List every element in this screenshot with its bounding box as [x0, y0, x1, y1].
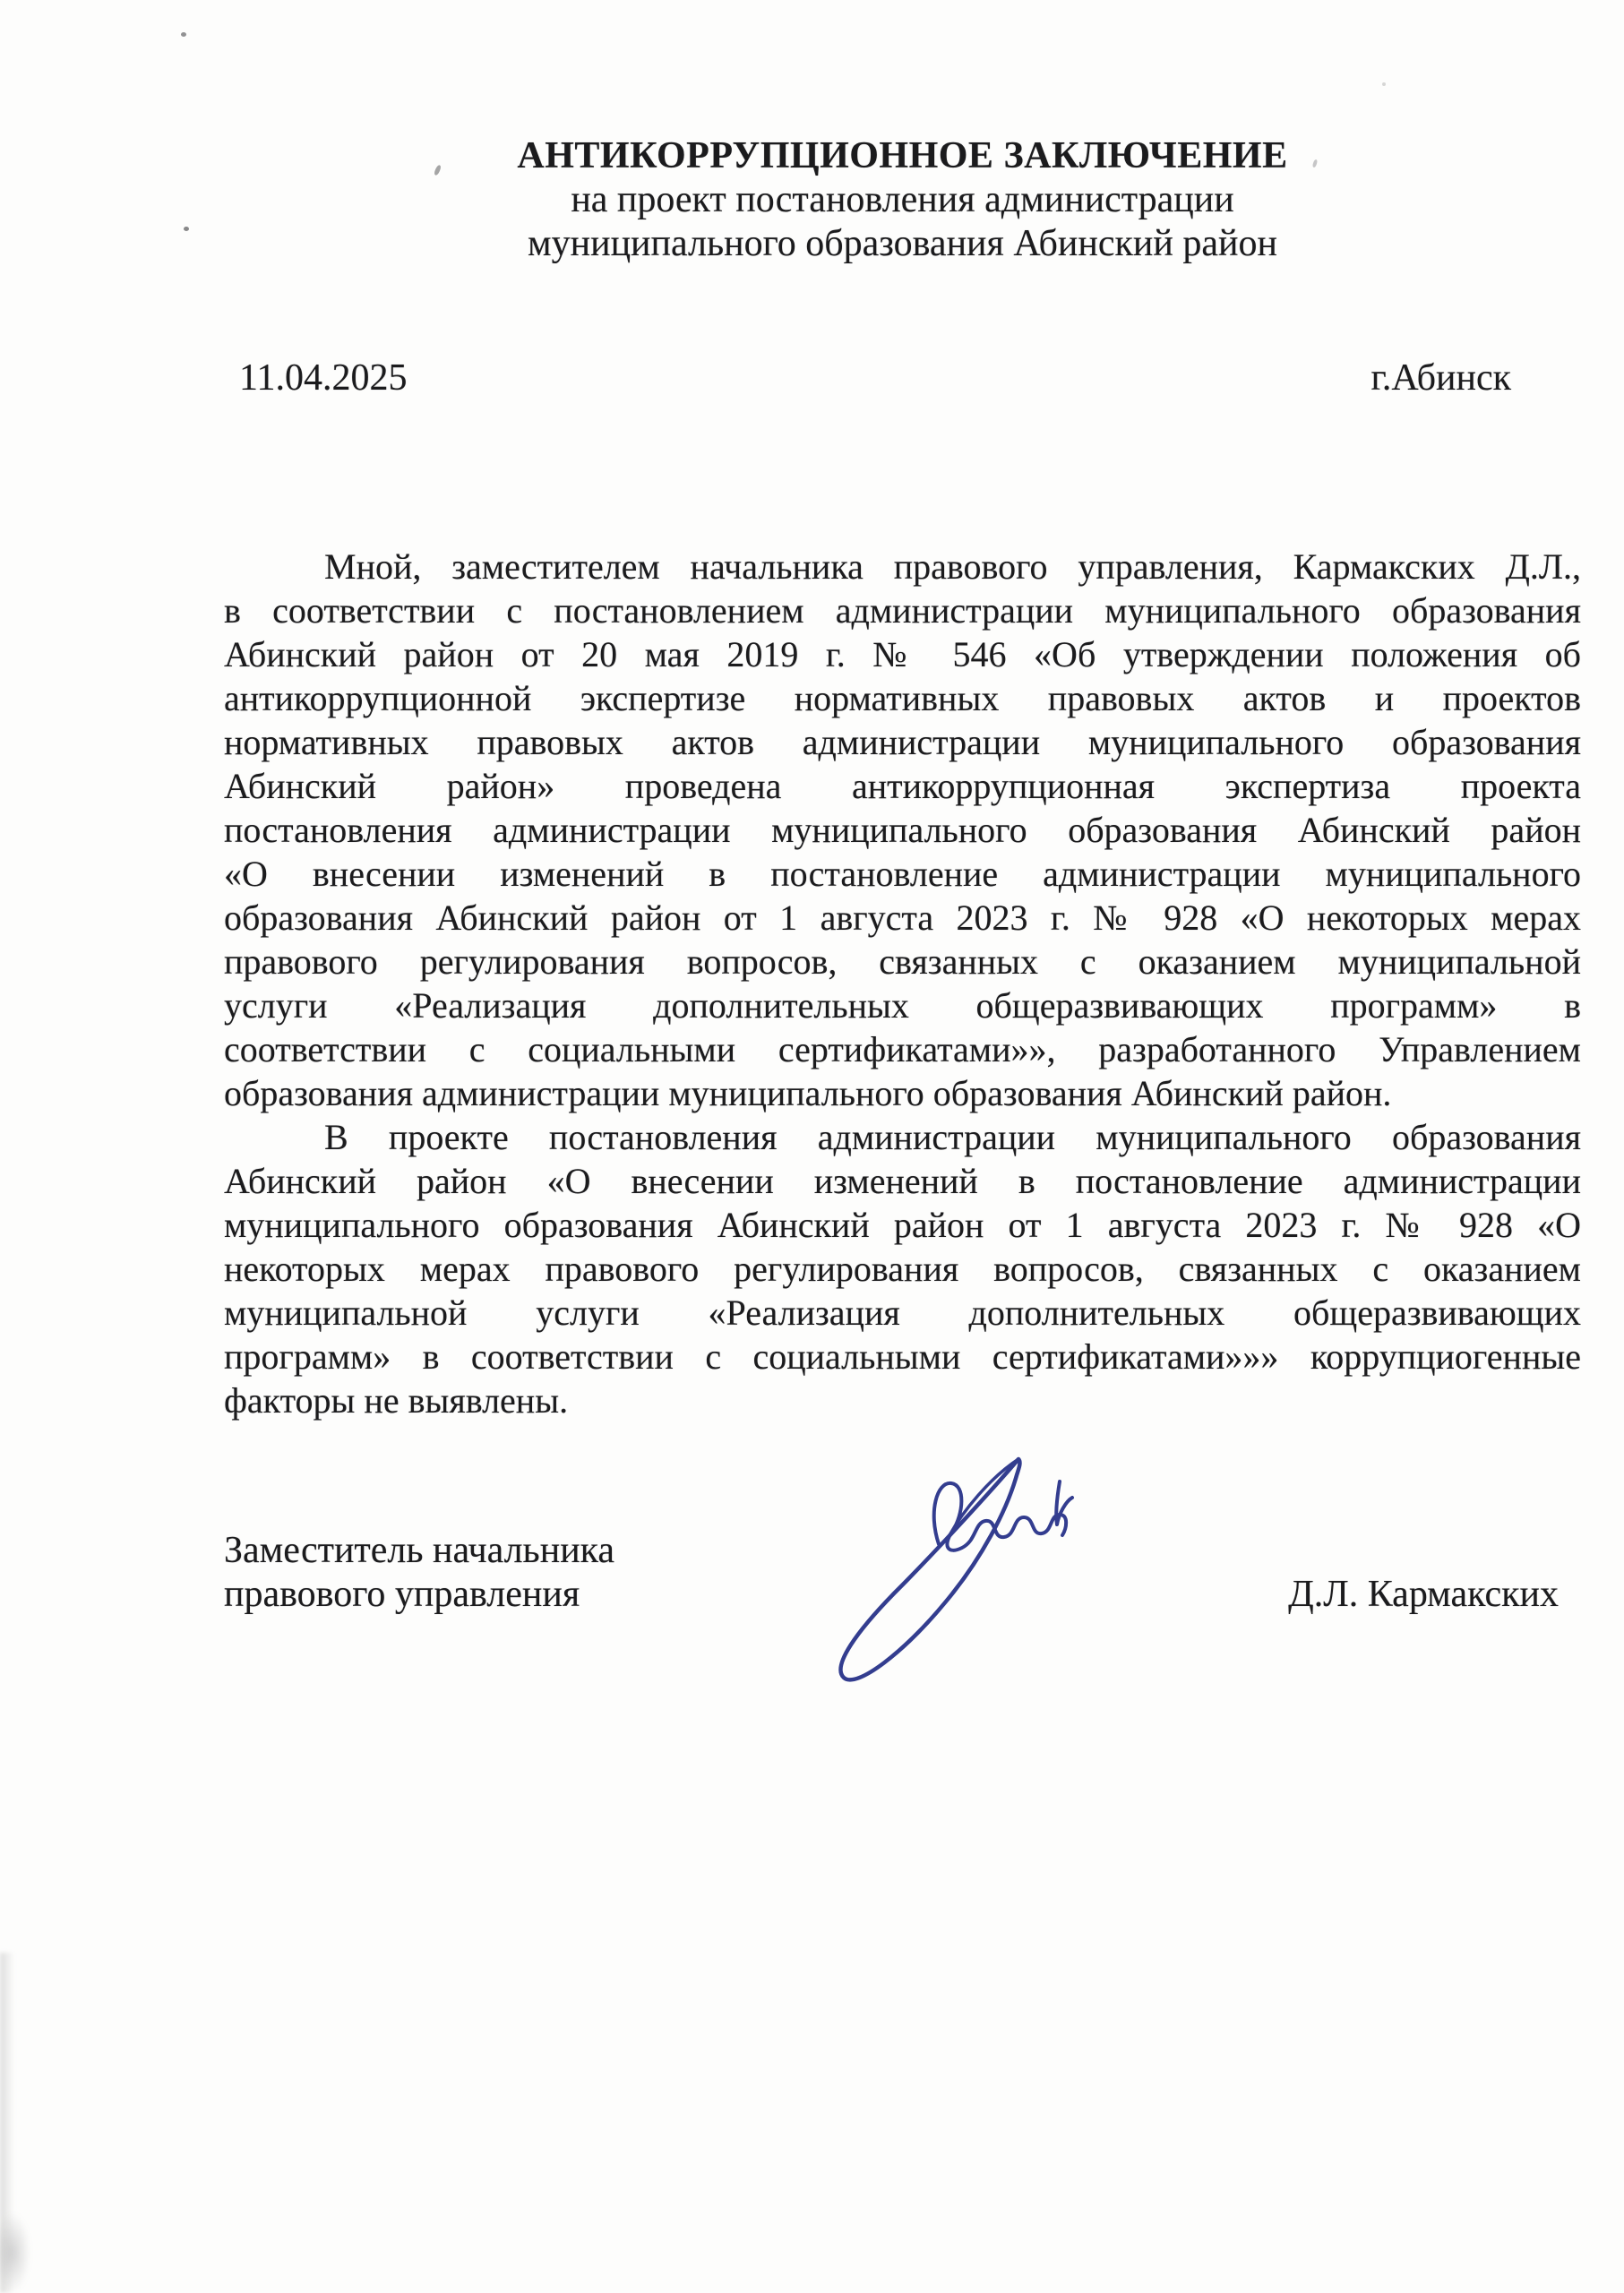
scan-artifact-speck	[184, 227, 189, 231]
document-title: АНТИКОРРУПЦИОННОЕ ЗАКЛЮЧЕНИЕ	[224, 134, 1581, 178]
document-subtitle-line-2: муниципального образования Абинский райо…	[224, 222, 1581, 266]
signature-hook-stroke	[1056, 1481, 1072, 1524]
document-body: Мной, заместителем начальника правового …	[224, 545, 1581, 1422]
scan-artifact-speck	[1382, 82, 1386, 86]
body-line: Абинский район «О внесении изменений в п…	[224, 1159, 1581, 1203]
signatory-role-row-1: Заместитель начальника	[224, 1529, 1581, 1573]
scan-corner-smudge	[0, 2212, 30, 2293]
body-line-last: образования администрации муниципального…	[224, 1071, 1581, 1115]
body-line: образования Абинский район от 1 августа …	[224, 896, 1581, 940]
document-city: г.Абинск	[1371, 356, 1511, 400]
body-line: Мной, заместителем начальника правового …	[224, 545, 1581, 588]
body-line: муниципального образования Абинский райо…	[224, 1203, 1581, 1247]
body-line: правового регулирования вопросов, связан…	[224, 940, 1581, 983]
signatory-role-line-2: правового управления	[224, 1574, 580, 1615]
body-line: муниципальной услуги «Реализация дополни…	[224, 1291, 1581, 1335]
signature-block: Заместитель начальника правового управле…	[224, 1529, 1581, 1617]
scan-artifact-speck	[181, 32, 186, 37]
body-line: «О внесении изменений в постановление ад…	[224, 852, 1581, 896]
body-line: в соответствии с постановлением админист…	[224, 588, 1581, 632]
document-heading: АНТИКОРРУПЦИОННОЕ ЗАКЛЮЧЕНИЕ на проект п…	[224, 134, 1581, 266]
body-line: нормативных правовых актов администрации…	[224, 720, 1581, 764]
signatory-role-row-2: правового управления Д.Л. Кармакских	[224, 1573, 1581, 1617]
signatory-role-line-1: Заместитель начальника	[224, 1530, 614, 1571]
document-date: 11.04.2025	[239, 356, 407, 400]
body-line: постановления администрации муниципально…	[224, 808, 1581, 852]
body-line: соответствии с социальными сертификатами…	[224, 1027, 1581, 1071]
body-line: услуги «Реализация дополнительных общера…	[224, 983, 1581, 1027]
body-line: Абинский район» проведена антикоррупцион…	[224, 764, 1581, 808]
body-line: Абинский район от 20 мая 2019 г. № 546 «…	[224, 632, 1581, 676]
body-line: программ» в соответствии с социальными с…	[224, 1335, 1581, 1378]
signatory-name: Д.Л. Кармакских	[1288, 1573, 1559, 1617]
body-line: В проекте постановления администрации му…	[224, 1115, 1581, 1159]
scanned-document-page: АНТИКОРРУПЦИОННОЕ ЗАКЛЮЧЕНИЕ на проект п…	[0, 0, 1624, 2293]
body-line: антикоррупционной экспертизе нормативных…	[224, 676, 1581, 720]
body-line-last: факторы не выявлены.	[224, 1378, 1581, 1422]
signature-leadin-stroke	[949, 1459, 1018, 1535]
body-line: некоторых мерах правового регулирования …	[224, 1247, 1581, 1291]
document-subtitle-line-1: на проект постановления администрации	[224, 178, 1581, 222]
date-city-row: 11.04.2025 г.Абинск	[224, 356, 1581, 400]
